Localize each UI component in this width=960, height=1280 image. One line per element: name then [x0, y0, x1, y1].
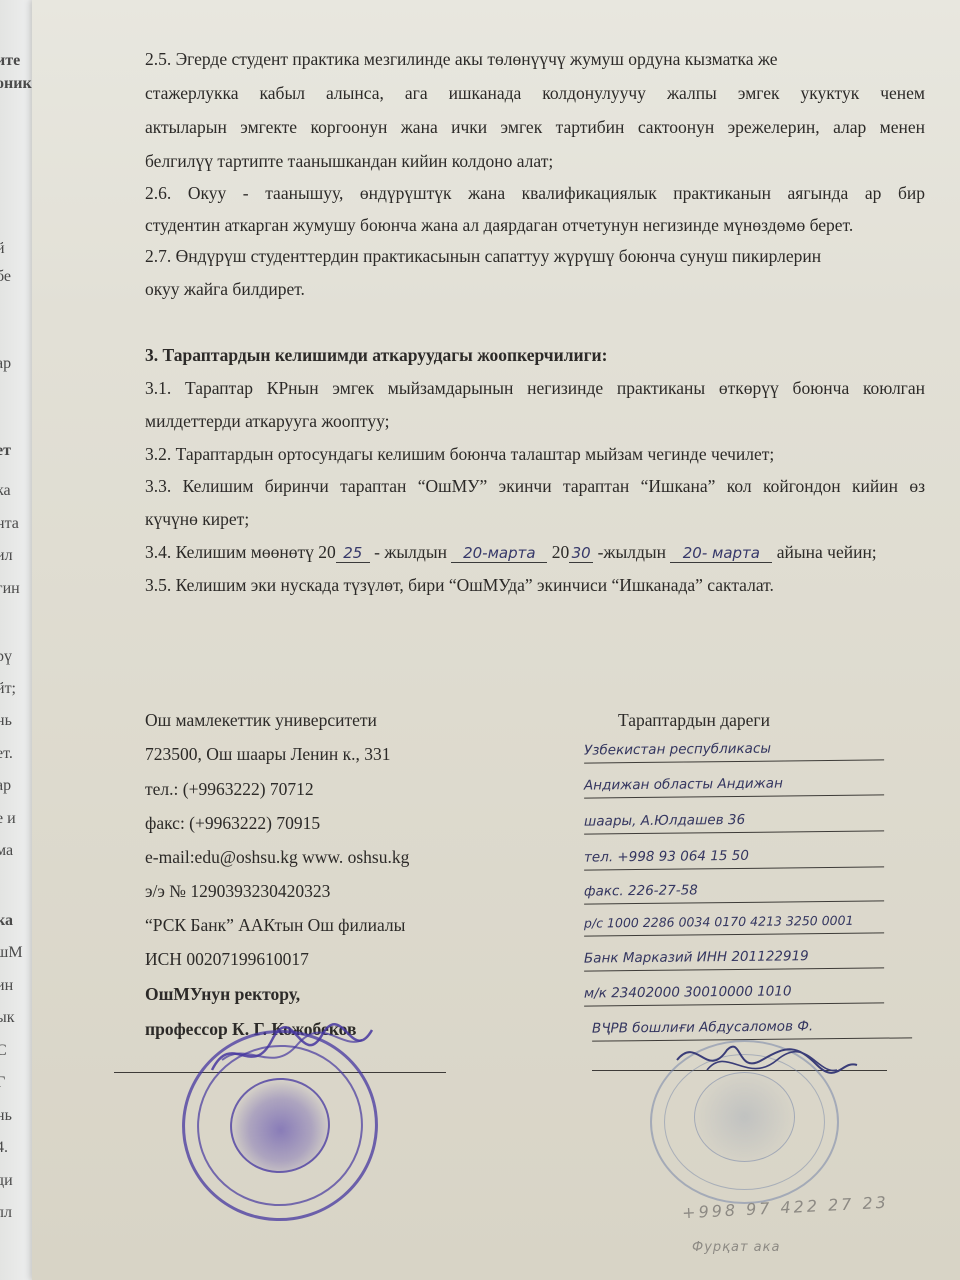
clause-3-4-mid3: -жылдын	[593, 542, 670, 562]
underlying-page-text-fragment: нь	[0, 1107, 12, 1125]
clause-3-2: 3.2. Тараптардын ортосундагы келишим бою…	[145, 443, 774, 465]
university-email-web: e-mail:edu@oshsu.kg www. oshsu.kg	[145, 846, 409, 868]
underlying-page-text-fragment: ет	[0, 442, 11, 460]
underlying-page-text-fragment: шМ	[0, 944, 23, 962]
partner-line-6: р/с 1000 2286 0034 0170 4213 3250 0001	[584, 908, 884, 936]
pencil-name-note: Фурқат ака	[692, 1240, 780, 1255]
university-account: э/э № 1290393230420323	[145, 880, 330, 902]
partner-line-3: шаары, А.Юлдашев 36	[584, 806, 884, 834]
partner-heading: Тараптардын дареги	[618, 709, 770, 731]
university-tin: ИСН 00207199610017	[145, 948, 309, 970]
underlying-page-text-fragment: оник	[0, 75, 32, 93]
clause-3-3-line-2: күчүнө кирет;	[145, 508, 249, 530]
underlying-page-text-fragment: Г	[0, 1074, 5, 1092]
underlying-page-text-fragment: ык	[0, 1009, 15, 1027]
partner-line-5: факс. 226-27-58	[584, 876, 884, 904]
underlying-page-text-fragment: й	[0, 240, 5, 258]
underlying-page-text-fragment: 4.	[0, 1139, 8, 1157]
underlying-page-text-fragment: лл	[0, 1204, 12, 1222]
clause-2-6-line-1: 2.6. Окуу - таанышуу, өндүрүштүк жана кв…	[145, 182, 925, 204]
clause-3-4-suffix: айына чейин;	[772, 542, 876, 562]
partner-line-8: м/к 23402000 30010000 1010	[584, 978, 884, 1006]
clause-2-7-line-1: 2.7. Өндүрүш студенттердин практикасынын…	[145, 245, 821, 267]
underlying-page-text-fragment: нта	[0, 515, 19, 533]
underlying-page-text-fragment: йт;	[0, 680, 16, 698]
underlying-page-text-fragment: ди	[0, 1172, 13, 1190]
clause-3-5: 3.5. Келишим эки нускада түзүлөт, бири “…	[145, 574, 774, 596]
clause-3-1-line-2: милдеттерди аткарууга жооптуу;	[145, 410, 389, 432]
university-bank: “РСК Банк” ААКтын Ош филиалы	[145, 914, 405, 936]
document-page: 2.5. Эгерде студент практика мезгилинде …	[32, 0, 960, 1280]
clause-3-4: 3.4. Келишим мөөнөтү 2025 - жылдын 20-ма…	[145, 541, 877, 563]
underlying-page-text-fragment: е и	[0, 810, 16, 828]
clause-3-3-line-1: 3.3. Келишим биринчи тараптан “ОшМУ” эки…	[145, 475, 925, 497]
clause-2-5-line-4: белгилүү тартипте таанышкандан кийин кол…	[145, 150, 553, 172]
underlying-page-text-fragment: ар	[0, 355, 11, 373]
partner-line-1: Узбекистан республикасы	[584, 735, 884, 763]
underlying-page-text-fragment: ите	[0, 52, 20, 70]
underlying-page-text-fragment: С	[0, 1042, 7, 1060]
clause-2-6-line-2: студентин аткарган жумушу боюнча жана ал…	[145, 214, 853, 236]
underlying-page-text-fragment: ка	[0, 912, 13, 930]
partner-line-7: Банк Марказий ИНН 201122919	[584, 943, 884, 971]
university-phone: тел.: (+9963222) 70712	[145, 778, 314, 800]
clause-2-5-line-1: 2.5. Эгерде студент практика мезгилинде …	[145, 48, 778, 70]
end-date-handwritten: 20- марта	[670, 544, 772, 563]
clause-3-4-mid1: - жылдын	[370, 542, 452, 562]
clause-3-4-mid2: 20	[547, 542, 569, 562]
section-3-heading: 3. Тараптардын келишимди аткаруудагы жоо…	[145, 344, 607, 366]
underlying-page-text-fragment: ка	[0, 482, 11, 500]
university-fax: факс: (+9963222) 70915	[145, 812, 320, 834]
start-year-handwritten: 25	[336, 544, 370, 563]
underlying-page-text-fragment: бе	[0, 268, 11, 286]
underlying-page-text-fragment: нь	[0, 712, 12, 730]
underlying-page-text-fragment: ил	[0, 547, 13, 565]
partner-line-4: тел. +998 93 064 15 50	[584, 842, 884, 870]
underlying-page-text-fragment: ма	[0, 842, 13, 860]
clause-3-1-line-1: 3.1. Тараптар КРнын эмгек мыйзамдарынын …	[145, 377, 925, 399]
rector-signature	[202, 1020, 382, 1090]
underlying-page-text-fragment: гин	[0, 580, 20, 598]
clause-2-5-line-2: стажерлукка кабыл алынса, ага ишканада к…	[145, 82, 925, 104]
start-date-handwritten: 20-марта	[451, 544, 547, 563]
underlying-page-text-fragment: ар	[0, 777, 11, 795]
end-year-handwritten: 30	[569, 544, 593, 563]
signatory-title: ОшМУнун ректору,	[145, 983, 300, 1005]
partner-line-2: Андижан областы Андижан	[584, 770, 884, 798]
clause-3-4-prefix: 3.4. Келишим мөөнөтү 20	[145, 542, 336, 562]
underlying-page-text-fragment: ет.	[0, 745, 13, 763]
partner-signature	[667, 1030, 867, 1090]
university-address: 723500, Ош шаары Ленин к., 331	[145, 743, 391, 765]
clause-2-5-line-3: актыларын эмгекте коргоонун жана ички эм…	[145, 116, 925, 138]
university-name: Ош мамлекеттик университети	[145, 709, 377, 731]
underlying-page-text-fragment: ин	[0, 977, 13, 995]
clause-2-7-line-2: окуу жайга билдирет.	[145, 278, 305, 300]
underlying-page-text-fragment: рү	[0, 648, 12, 666]
